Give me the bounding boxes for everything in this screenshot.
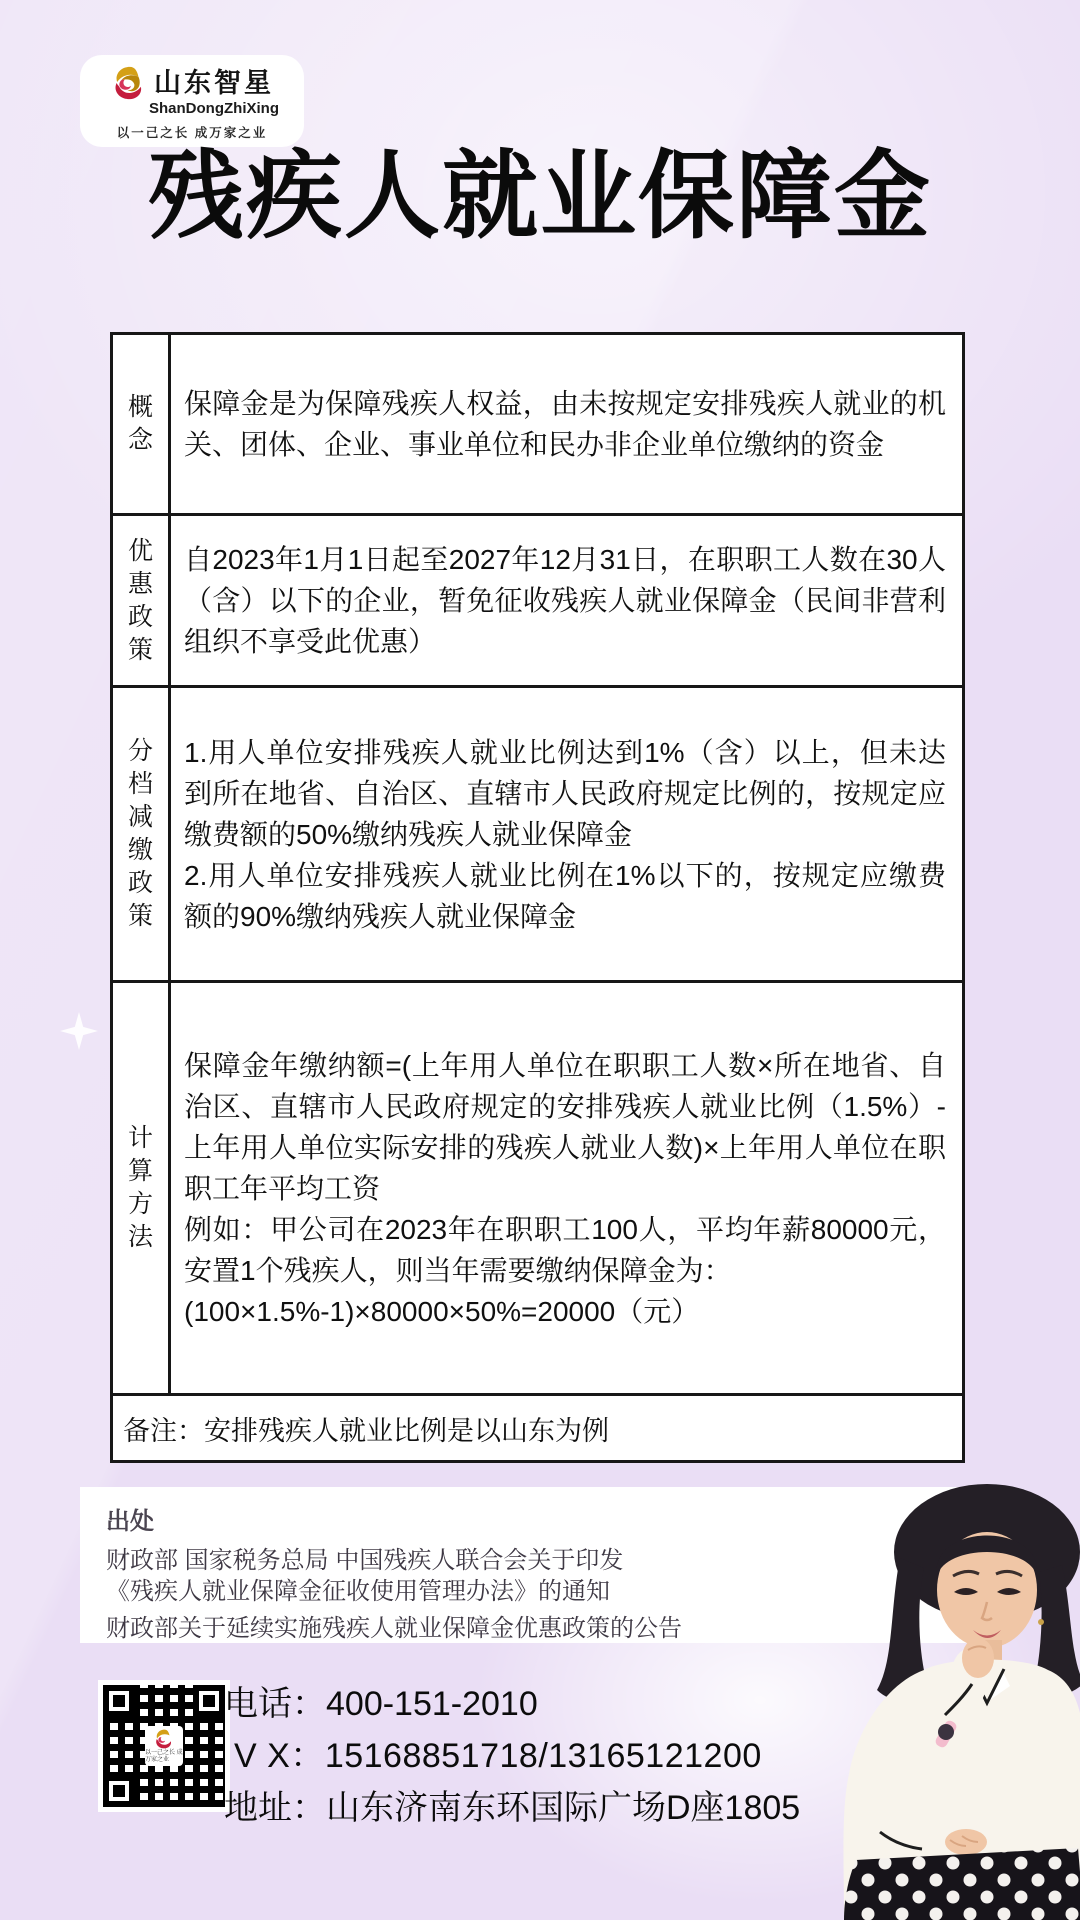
row-label: 优惠政策	[113, 516, 171, 685]
qr-code: 以一己之长 成万家之业	[98, 1680, 230, 1812]
sparkle-icon	[60, 1012, 98, 1050]
row-content: 保障金年缴纳额=(上年用人单位在职职工人数×所在地省、自治区、直辖市人民政府规定…	[171, 983, 962, 1393]
wechat-row: V X：15168851718/13165121200	[224, 1730, 800, 1782]
row-content: 1.用人单位安排残疾人就业比例达到1%（含）以上，但未达到所在地省、自治区、直辖…	[171, 688, 962, 980]
qr-finder-icon	[103, 1775, 135, 1807]
address-row: 地址：山东济南东环国际广场D座1805	[224, 1782, 800, 1834]
qr-finder-icon	[103, 1685, 135, 1717]
table-row-tiered-reduction: 分档减缴政策 1.用人单位安排残疾人就业比例达到1%（含）以上，但未达到所在地省…	[113, 685, 962, 980]
table-row-calculation: 计算方法 保障金年缴纳额=(上年用人单位在职职工人数×所在地省、自治区、直辖市人…	[113, 980, 962, 1393]
wechat-numbers: 15168851718/13165121200	[325, 1737, 762, 1775]
row-label: 计算方法	[113, 983, 171, 1393]
brand-swirl-icon	[110, 64, 148, 102]
info-table: 概念 保障金是为保障残疾人权益，由未按规定安排残疾人就业的机关、团体、企业、事业…	[110, 332, 965, 1463]
row-content: 保障金是为保障残疾人权益，由未按规定安排残疾人就业的机关、团体、企业、事业单位和…	[171, 335, 962, 513]
qr-center-logo: 以一己之长 成万家之业	[145, 1726, 183, 1766]
phone-row: 电话：400-151-2010	[224, 1678, 800, 1730]
phone-label: 电话：	[224, 1685, 326, 1723]
poster-canvas: 山东智星 ShanDongZhiXing 以一己之长 成万家之业 残疾人就业保障…	[0, 0, 1080, 1920]
brand-name: 山东智星	[154, 69, 274, 97]
row-label: 概念	[113, 335, 171, 513]
qr-finder-icon	[193, 1685, 225, 1717]
page-title: 残疾人就业保障金	[0, 120, 1080, 257]
table-row-concept: 概念 保障金是为保障残疾人权益，由未按规定安排残疾人就业的机关、团体、企业、事业…	[113, 335, 962, 513]
table-row-preferential-policy: 优惠政策 自2023年1月1日起至2027年12月31日，在职职工人数在30人（…	[113, 513, 962, 685]
row-content: 自2023年1月1日起至2027年12月31日，在职职工人数在30人（含）以下的…	[171, 516, 962, 685]
table-note: 备注：安排残疾人就业比例是以山东为例	[113, 1393, 962, 1460]
brand-latin-name: ShanDongZhiXing	[149, 100, 279, 117]
row-label: 分档减缴政策	[113, 688, 171, 980]
address-value: 山东济南东环国际广场D座1805	[326, 1789, 800, 1827]
contact-block: 电话：400-151-2010 V X：15168851718/13165121…	[224, 1678, 800, 1834]
address-label: 地址：	[224, 1789, 326, 1827]
qr-logo-caption: 以一己之长 成万家之业	[145, 1750, 183, 1764]
wechat-label: V X：	[234, 1737, 325, 1775]
phone-number: 400-151-2010	[326, 1685, 538, 1723]
